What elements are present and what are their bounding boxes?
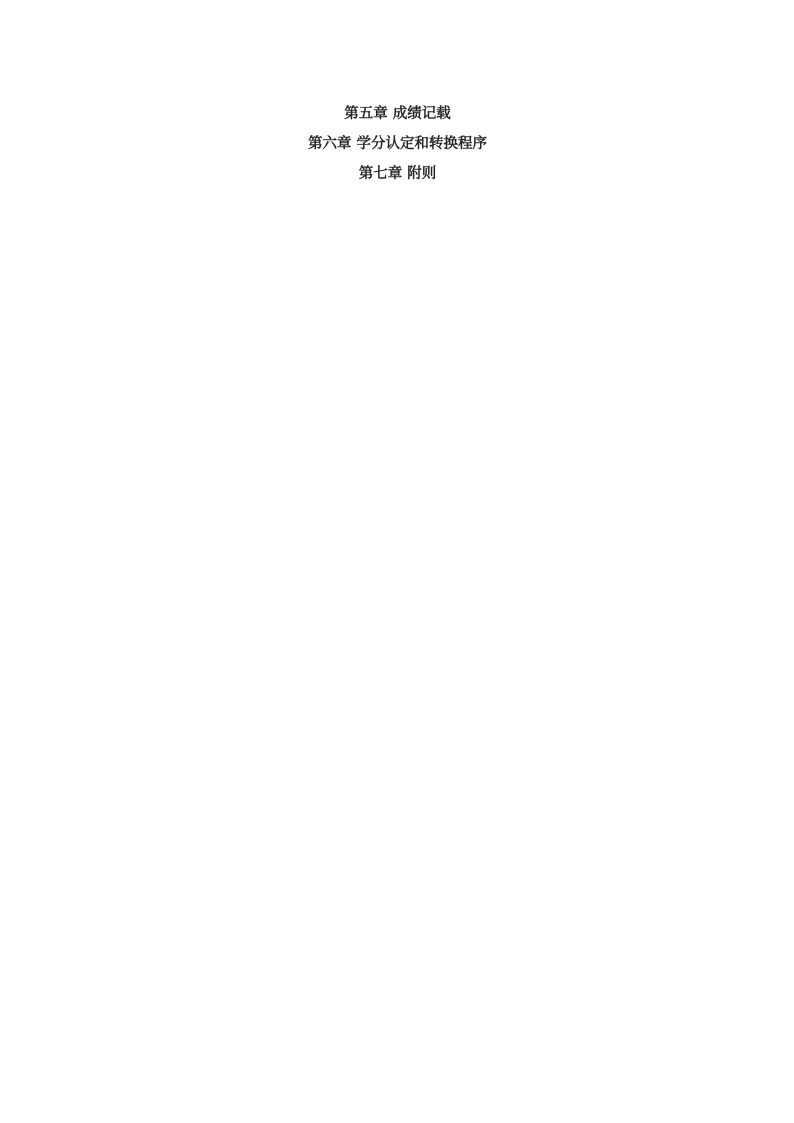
document-body: 第五章 成绩记载第六章 学分认定和转换程序第七章 附则 (118, 101, 677, 187)
chapter-heading: 第七章 附则 (118, 161, 677, 187)
chapter-heading: 第六章 学分认定和转换程序 (118, 131, 677, 157)
chapter-heading: 第五章 成绩记载 (118, 101, 677, 127)
document-page: 第五章 成绩记载第六章 学分认定和转换程序第七章 附则 (0, 0, 794, 1123)
